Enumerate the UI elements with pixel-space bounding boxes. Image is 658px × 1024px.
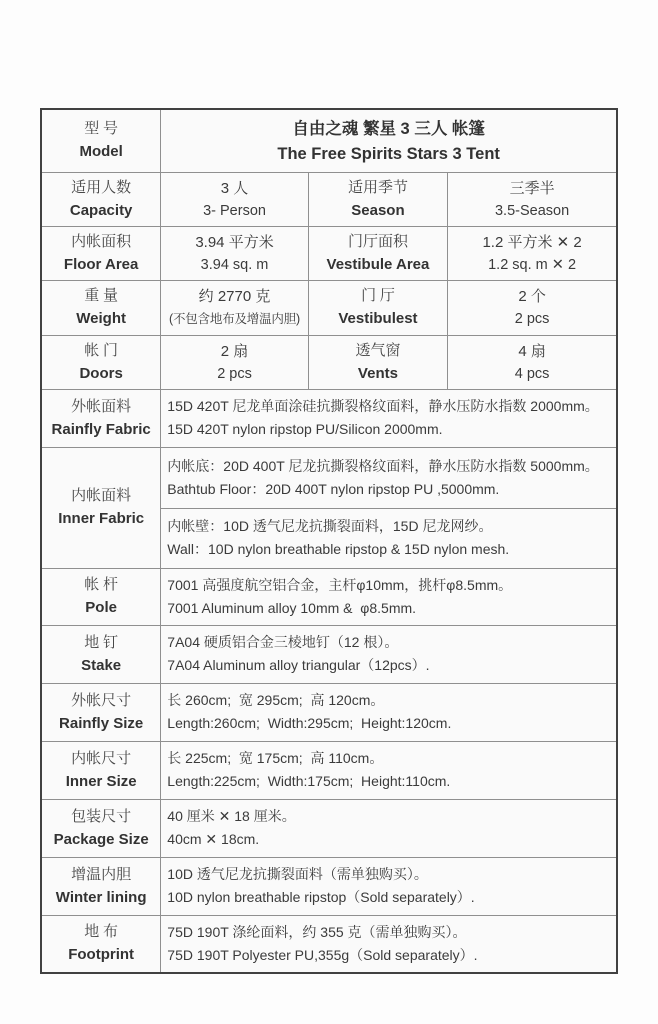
table-row-pole: 帐 杆 Pole 7001 高强度航空铝合金，主杆φ10mm，挑杆φ8.5mm。…	[41, 568, 617, 625]
weight-label-en: Weight	[48, 308, 154, 330]
capacity-value-en: 3- Person	[167, 200, 301, 222]
vestibule-count-value-en: 2 pcs	[454, 308, 610, 330]
capacity-label-zh: 适用人数	[48, 177, 154, 200]
season-label-en: Season	[315, 200, 441, 222]
vestibule-count-value-zh: 2 个	[454, 285, 610, 308]
footprint-value-cell: 75D 190T 涤纶面料，约 355 克（需单独购买）。 75D 190T P…	[161, 915, 617, 973]
inner-fabric-label-zh: 内帐面料	[48, 485, 154, 508]
model-label-cell: 型 号 Model	[41, 109, 161, 172]
floor-area-label-zh: 内帐面积	[48, 231, 154, 254]
spec-table: 型 号 Model 自由之魂 繁星 3 三人 帐篷 The Free Spiri…	[40, 108, 618, 974]
product-title-en: The Free Spirits Stars 3 Tent	[167, 142, 610, 166]
vestibule-area-value-zh: 1.2 平方米 ✕ 2	[454, 231, 610, 254]
product-title-zh: 自由之魂 繁星 3 三人 帐篷	[167, 116, 610, 142]
footprint-label-en: Footprint	[48, 944, 154, 966]
floor-area-label-cell: 内帐面积 Floor Area	[41, 226, 161, 280]
weight-value-cell: 约 2770 克 (不包含地布及增温内胆)	[161, 280, 308, 335]
vents-label-cell: 透气窗 Vents	[308, 335, 447, 389]
stake-label-en: Stake	[48, 655, 154, 677]
winter-lining-value-cell: 10D 透气尼龙抗撕裂面料（需单独购买）。 10D nylon breathab…	[161, 857, 617, 915]
inner-size-value-cell: 长 225cm; 宽 175cm; 高 110cm。 Length:225cm;…	[161, 741, 617, 799]
rainfly-fabric-label-cell: 外帐面料 Rainfly Fabric	[41, 389, 161, 447]
footprint-label-cell: 地 布 Footprint	[41, 915, 161, 973]
vestibule-area-value-en: 1.2 sq. m ✕ 2	[454, 254, 610, 276]
package-size-value-cell: 40 厘米 ✕ 18 厘米。 40cm ✕ 18cm.	[161, 799, 617, 857]
winter-lining-value-zh: 10D 透气尼龙抗撕裂面料（需单独购买）。	[167, 863, 610, 886]
doors-value-en: 2 pcs	[167, 363, 301, 385]
vestibule-area-label-en: Vestibule Area	[315, 254, 441, 276]
inner-fabric-wall-value-cell: 内帐壁：10D 透气尼龙抗撕裂面料，15D 尼龙网纱。 Wall：10D nyl…	[161, 508, 617, 568]
table-row-package-size: 包装尺寸 Package Size 40 厘米 ✕ 18 厘米。 40cm ✕ …	[41, 799, 617, 857]
vents-value-cell: 4 扇 4 pcs	[448, 335, 617, 389]
weight-value-note: (不包含地布及增温内胆)	[167, 308, 301, 331]
package-size-label-zh: 包装尺寸	[48, 806, 154, 829]
floor-area-value-en: 3.94 sq. m	[167, 254, 301, 276]
vents-label-en: Vents	[315, 363, 441, 385]
doors-label-en: Doors	[48, 363, 154, 385]
footprint-value-en: 75D 190T Polyester PU,355g（Sold separate…	[167, 944, 610, 967]
table-row-winter-lining: 增温内胆 Winter lining 10D 透气尼龙抗撕裂面料（需单独购买）。…	[41, 857, 617, 915]
vestibule-area-value-cell: 1.2 平方米 ✕ 2 1.2 sq. m ✕ 2	[448, 226, 617, 280]
table-row-inner-size: 内帐尺寸 Inner Size 长 225cm; 宽 175cm; 高 110c…	[41, 741, 617, 799]
winter-lining-value-en: 10D nylon breathable ripstop（Sold separa…	[167, 886, 610, 909]
package-size-label-cell: 包装尺寸 Package Size	[41, 799, 161, 857]
doors-value-cell: 2 扇 2 pcs	[161, 335, 308, 389]
vestibule-area-label-cell: 门厅面积 Vestibule Area	[308, 226, 447, 280]
vents-value-en: 4 pcs	[454, 363, 610, 385]
vents-label-zh: 透气窗	[315, 340, 441, 363]
season-value-cell: 三季半 3.5-Season	[448, 172, 617, 226]
inner-fabric-label-cell: 内帐面料 Inner Fabric	[41, 447, 161, 568]
capacity-label-en: Capacity	[48, 200, 154, 222]
floor-area-value-zh: 3.94 平方米	[167, 231, 301, 254]
table-row-model: 型 号 Model 自由之魂 繁星 3 三人 帐篷 The Free Spiri…	[41, 109, 617, 172]
inner-size-value-en: Length:225cm; Width:175cm; Height:110cm.	[167, 770, 610, 793]
inner-fabric-label-en: Inner Fabric	[48, 508, 154, 530]
model-label-zh: 型 号	[48, 118, 154, 141]
table-row-doors-vents: 帐 门 Doors 2 扇 2 pcs 透气窗 Vents 4 扇 4 pcs	[41, 335, 617, 389]
inner-fabric-floor-zh: 内帐底：20D 400T 尼龙抗撕裂格纹面料，静水压防水指数 5000mm。	[167, 455, 610, 478]
model-label-en: Model	[48, 141, 154, 163]
spec-sheet-page: 型 号 Model 自由之魂 繁星 3 三人 帐篷 The Free Spiri…	[0, 0, 658, 1024]
capacity-value-cell: 3 人 3- Person	[161, 172, 308, 226]
vestibule-count-label-zh: 门 厅	[315, 285, 441, 308]
winter-lining-label-cell: 增温内胆 Winter lining	[41, 857, 161, 915]
weight-label-zh: 重 量	[48, 285, 154, 308]
table-row-inner-fabric-floor: 内帐面料 Inner Fabric 内帐底：20D 400T 尼龙抗撕裂格纹面料…	[41, 447, 617, 508]
inner-fabric-wall-en: Wall：10D nylon breathable ripstop & 15D …	[167, 538, 610, 561]
table-row-stake: 地 钉 Stake 7A04 硬质铝合金三棱地钉（12 根）。 7A04 Alu…	[41, 625, 617, 683]
rainfly-fabric-label-en: Rainfly Fabric	[48, 419, 154, 441]
rainfly-size-label-cell: 外帐尺寸 Rainfly Size	[41, 683, 161, 741]
season-label-zh: 适用季节	[315, 177, 441, 200]
table-row-capacity-season: 适用人数 Capacity 3 人 3- Person 适用季节 Season …	[41, 172, 617, 226]
package-size-value-en: 40cm ✕ 18cm.	[167, 828, 610, 851]
weight-label-cell: 重 量 Weight	[41, 280, 161, 335]
package-size-value-zh: 40 厘米 ✕ 18 厘米。	[167, 805, 610, 828]
inner-size-label-en: Inner Size	[48, 771, 154, 793]
table-row-footprint: 地 布 Footprint 75D 190T 涤纶面料，约 355 克（需单独购…	[41, 915, 617, 973]
doors-label-zh: 帐 门	[48, 340, 154, 363]
capacity-label-cell: 适用人数 Capacity	[41, 172, 161, 226]
table-row-floor-vestibule-area: 内帐面积 Floor Area 3.94 平方米 3.94 sq. m 门厅面积…	[41, 226, 617, 280]
winter-lining-label-en: Winter lining	[48, 887, 154, 909]
inner-fabric-floor-value-cell: 内帐底：20D 400T 尼龙抗撕裂格纹面料，静水压防水指数 5000mm。 B…	[161, 447, 617, 508]
pole-label-en: Pole	[48, 597, 154, 619]
vestibule-count-label-en: Vestibulest	[315, 308, 441, 330]
pole-value-en: 7001 Aluminum alloy 10mm & φ8.5mm.	[167, 597, 610, 620]
season-value-en: 3.5-Season	[454, 200, 610, 222]
pole-value-zh: 7001 高强度航空铝合金，主杆φ10mm，挑杆φ8.5mm。	[167, 574, 610, 597]
stake-value-en: 7A04 Aluminum alloy triangular（12pcs）.	[167, 654, 610, 677]
table-row-rainfly-fabric: 外帐面料 Rainfly Fabric 15D 420T 尼龙单面涂硅抗撕裂格纹…	[41, 389, 617, 447]
vestibule-count-label-cell: 门 厅 Vestibulest	[308, 280, 447, 335]
rainfly-fabric-value-cell: 15D 420T 尼龙单面涂硅抗撕裂格纹面料，静水压防水指数 2000mm。 1…	[161, 389, 617, 447]
rainfly-size-value-en: Length:260cm; Width:295cm; Height:120cm.	[167, 712, 610, 735]
package-size-label-en: Package Size	[48, 829, 154, 851]
pole-label-cell: 帐 杆 Pole	[41, 568, 161, 625]
rainfly-size-label-zh: 外帐尺寸	[48, 690, 154, 713]
weight-value-zh: 约 2770 克	[167, 285, 301, 308]
stake-label-zh: 地 钉	[48, 632, 154, 655]
winter-lining-label-zh: 增温内胆	[48, 864, 154, 887]
season-label-cell: 适用季节 Season	[308, 172, 447, 226]
floor-area-value-cell: 3.94 平方米 3.94 sq. m	[161, 226, 308, 280]
stake-value-cell: 7A04 硬质铝合金三棱地钉（12 根）。 7A04 Aluminum allo…	[161, 625, 617, 683]
footprint-label-zh: 地 布	[48, 921, 154, 944]
season-value-zh: 三季半	[454, 177, 610, 200]
inner-fabric-wall-zh: 内帐壁：10D 透气尼龙抗撕裂面料，15D 尼龙网纱。	[167, 515, 610, 538]
model-value-cell: 自由之魂 繁星 3 三人 帐篷 The Free Spirits Stars 3…	[161, 109, 617, 172]
pole-value-cell: 7001 高强度航空铝合金，主杆φ10mm，挑杆φ8.5mm。 7001 Alu…	[161, 568, 617, 625]
capacity-value-zh: 3 人	[167, 177, 301, 200]
rainfly-size-label-en: Rainfly Size	[48, 713, 154, 735]
footprint-value-zh: 75D 190T 涤纶面料，约 355 克（需单独购买）。	[167, 921, 610, 944]
rainfly-fabric-label-zh: 外帐面料	[48, 396, 154, 419]
inner-size-label-cell: 内帐尺寸 Inner Size	[41, 741, 161, 799]
inner-size-value-zh: 长 225cm; 宽 175cm; 高 110cm。	[167, 747, 610, 770]
stake-value-zh: 7A04 硬质铝合金三棱地钉（12 根）。	[167, 631, 610, 654]
pole-label-zh: 帐 杆	[48, 574, 154, 597]
rainfly-size-value-cell: 长 260cm; 宽 295cm; 高 120cm。 Length:260cm;…	[161, 683, 617, 741]
vestibule-count-value-cell: 2 个 2 pcs	[448, 280, 617, 335]
stake-label-cell: 地 钉 Stake	[41, 625, 161, 683]
table-row-weight-vestibule: 重 量 Weight 约 2770 克 (不包含地布及增温内胆) 门 厅 Ves…	[41, 280, 617, 335]
doors-label-cell: 帐 门 Doors	[41, 335, 161, 389]
table-row-rainfly-size: 外帐尺寸 Rainfly Size 长 260cm; 宽 295cm; 高 12…	[41, 683, 617, 741]
inner-size-label-zh: 内帐尺寸	[48, 748, 154, 771]
floor-area-label-en: Floor Area	[48, 254, 154, 276]
vents-value-zh: 4 扇	[454, 340, 610, 363]
rainfly-fabric-value-zh: 15D 420T 尼龙单面涂硅抗撕裂格纹面料，静水压防水指数 2000mm。	[167, 395, 610, 418]
rainfly-fabric-value-en: 15D 420T nylon ripstop PU/Silicon 2000mm…	[167, 418, 610, 441]
vestibule-area-label-zh: 门厅面积	[315, 231, 441, 254]
rainfly-size-value-zh: 长 260cm; 宽 295cm; 高 120cm。	[167, 689, 610, 712]
doors-value-zh: 2 扇	[167, 340, 301, 363]
inner-fabric-floor-en: Bathtub Floor：20D 400T nylon ripstop PU …	[167, 478, 610, 501]
